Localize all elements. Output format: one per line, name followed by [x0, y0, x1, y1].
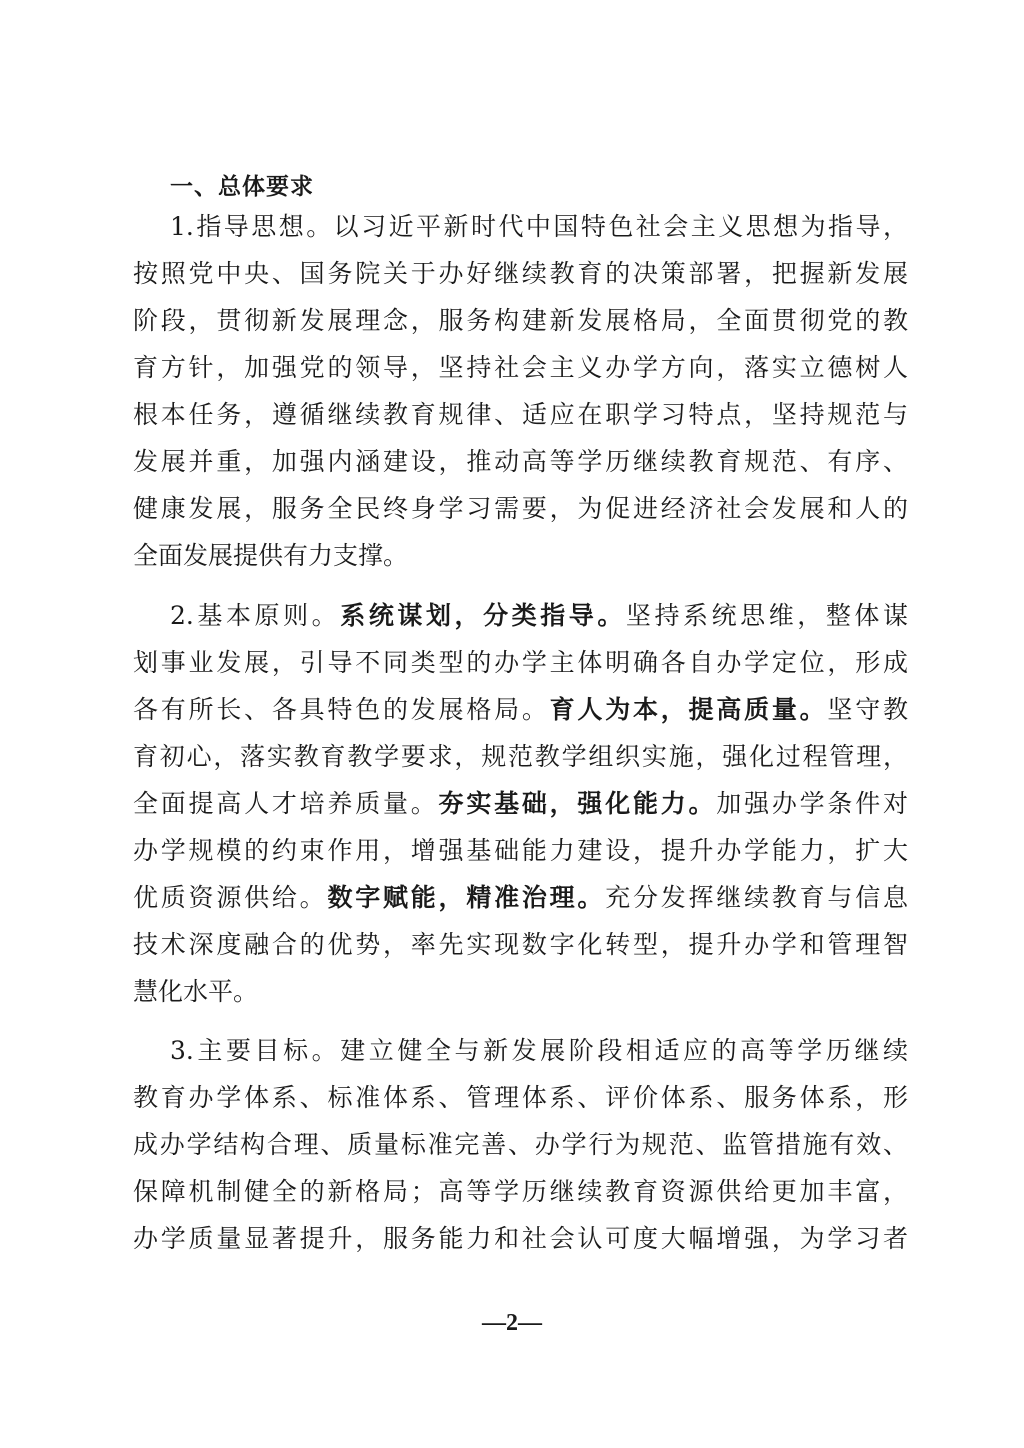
text-run: 2.基本原则。	[170, 601, 340, 630]
text-line: 按照党中央、国务院关于办好继续教育的决策部署，把握新发展	[133, 257, 908, 291]
text-line: 全面发展提供有力支撑。	[133, 539, 908, 573]
page-number: —2—	[0, 1310, 1024, 1337]
text-line: 3.主要目标。建立健全与新发展阶段相适应的高等学历继续	[170, 1034, 908, 1068]
text-line: 办学质量显著提升，服务能力和社会认可度大幅增强，为学习者	[133, 1222, 908, 1256]
text-line: 全面提高人才培养质量。夯实基础，强化能力。加强办学条件对	[133, 787, 908, 821]
text-run: 全面提高人才培养质量。	[133, 789, 439, 818]
text-run: 加强办学条件对	[716, 789, 908, 818]
text-run: 各有所长、各具特色的发展格局。	[133, 695, 550, 724]
text-line: 育初心，落实教育教学要求，规范教学组织实施，强化过程管理，	[133, 740, 908, 774]
text-line: 划事业发展，引导不同类型的办学主体明确各自办学定位，形成	[133, 646, 908, 680]
section-heading: 一、总体要求	[170, 168, 314, 201]
bold-principle: 系统谋划，分类指导。	[340, 601, 626, 630]
text-line: 健康发展，服务全民终身学习需要，为促进经济社会发展和人的	[133, 492, 908, 526]
text-line: 成办学结构合理、质量标准完善、办学行为规范、监管措施有效、	[133, 1128, 908, 1162]
bold-principle: 数字赋能，精准治理。	[327, 883, 605, 912]
text-line: 优质资源供给。数字赋能，精准治理。充分发挥继续教育与信息	[133, 881, 908, 915]
text-line: 教育办学体系、标准体系、管理体系、评价体系、服务体系，形	[133, 1081, 908, 1115]
bold-principle: 育人为本，提高质量。	[550, 695, 828, 724]
bold-principle: 夯实基础，强化能力。	[439, 789, 717, 818]
text-line: 根本任务，遵循继续教育规律、适应在职学习特点，坚持规范与	[133, 398, 908, 432]
text-line: 育方针，加强党的领导，坚持社会主义办学方向，落实立德树人	[133, 351, 908, 385]
text-line: 1.指导思想。以习近平新时代中国特色社会主义思想为指导，	[170, 210, 908, 244]
text-line: 2.基本原则。系统谋划，分类指导。坚持系统思维，整体谋	[170, 599, 908, 633]
text-line: 慧化水平。	[133, 975, 908, 1009]
text-line: 技术深度融合的优势，率先实现数字化转型，提升办学和管理智	[133, 928, 908, 962]
text-line: 发展并重，加强内涵建设，推动高等学历继续教育规范、有序、	[133, 445, 908, 479]
text-run: 充分发挥继续教育与信息	[605, 883, 908, 912]
text-line: 阶段，贯彻新发展理念，服务构建新发展格局，全面贯彻党的教	[133, 304, 908, 338]
document-page: 一、总体要求 1.指导思想。以习近平新时代中国特色社会主义思想为指导， 按照党中…	[0, 0, 1024, 1448]
text-run: 坚守教	[827, 695, 908, 724]
text-line: 保障机制健全的新格局；高等学历继续教育资源供给更加丰富，	[133, 1175, 908, 1209]
text-line: 办学规模的约束作用，增强基础能力建设，提升办学能力，扩大	[133, 834, 908, 868]
text-run: 坚持系统思维，整体谋	[626, 601, 908, 630]
text-run: 优质资源供给。	[133, 883, 327, 912]
text-line: 各有所长、各具特色的发展格局。育人为本，提高质量。坚守教	[133, 693, 908, 727]
